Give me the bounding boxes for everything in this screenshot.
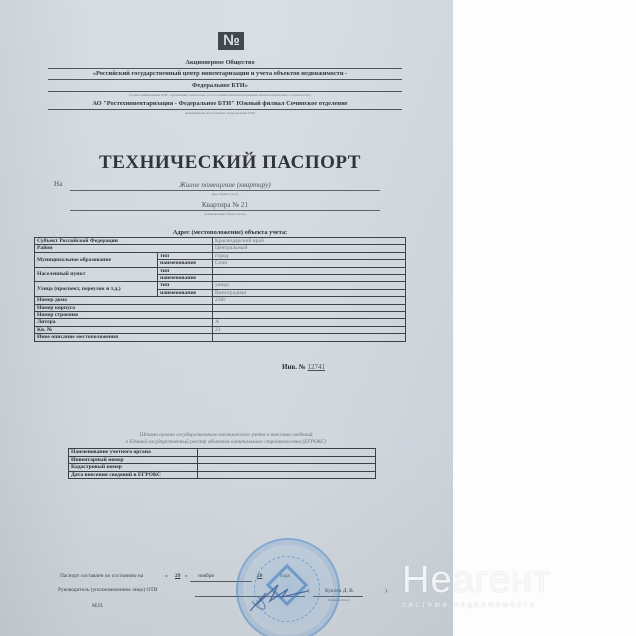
row-label: Кадастровый номер	[69, 464, 198, 472]
sub-label: наименование	[158, 275, 213, 282]
watermark-logo: Неагент система недвижимости	[402, 560, 622, 609]
table-row: Улица (проспект, переулок и т.д.) тип ул…	[35, 282, 406, 289]
row-value: Краснодарский край	[213, 238, 406, 245]
divider	[48, 79, 402, 80]
egroks-caption-line-1: Штамп органа государственного техническо…	[66, 432, 386, 439]
sub-label: тип	[158, 282, 213, 289]
egroks-table: Наименование учетного органа Инвентарный…	[68, 448, 376, 479]
table-row: Район Центральный	[35, 245, 406, 252]
egroks-caption: Штамп органа государственного техническо…	[66, 432, 386, 446]
table-row: Кв. № 21	[35, 326, 406, 333]
divider	[70, 210, 380, 211]
inventory-label: Инв. №	[282, 363, 306, 371]
row-label: Наименование учетного органа	[69, 449, 198, 457]
object-name-value: Квартира № 21	[70, 201, 380, 209]
address-table: Субъект Российской Федерации Краснодарск…	[34, 237, 406, 342]
org-line-4: АО "Ростехинвентаризация - Федеральное Б…	[40, 100, 400, 107]
object-name-caption: (наименование объекта учета)	[70, 212, 380, 216]
table-row: Инвентарный номер	[69, 456, 376, 464]
numero-mark: №	[218, 32, 244, 50]
row-value: Виноградная	[213, 289, 406, 296]
row-label: Инвентарный номер	[69, 456, 198, 464]
address-heading: Адрес (местоположение) объекта учета:	[100, 229, 360, 236]
sub-label: наименование	[158, 260, 213, 267]
signature-icon	[248, 575, 318, 615]
org-line-1: Акционерное Общество	[40, 59, 400, 66]
head-label: Руководитель (уполномоченное лицо) ОТИ	[58, 587, 158, 593]
table-row: Номер строения	[35, 312, 406, 319]
row-value: Сочи	[213, 260, 406, 267]
compiled-day: 29	[175, 573, 180, 579]
name-close-paren: )	[385, 588, 387, 594]
object-type-value: Жилое помещение (квартиру)	[70, 181, 380, 189]
row-label: Иное описание местоположения	[35, 334, 213, 341]
row-value: Центральный	[213, 245, 406, 252]
object-prefix: На	[54, 180, 62, 188]
divider	[48, 91, 402, 92]
row-value	[198, 471, 376, 479]
divider	[48, 109, 402, 110]
row-value	[213, 275, 406, 282]
watermark-tagline: система недвижимости	[402, 600, 622, 609]
table-row: Номер корпуса	[35, 304, 406, 311]
compiled-label: Паспорт составлен по состоянию на	[60, 573, 143, 579]
table-row: Кадастровый номер	[69, 464, 376, 472]
row-label: Улица (проспект, переулок и т.д.)	[35, 282, 158, 297]
row-label: Номер корпуса	[35, 304, 213, 311]
row-value	[213, 312, 406, 319]
row-label: Дата внесения сведений в ЕГРОКС	[69, 471, 198, 479]
row-value: улица	[213, 282, 406, 289]
table-row: Номер дома 238г	[35, 297, 406, 304]
row-value: город	[213, 252, 406, 259]
compiled-month: ноября	[198, 573, 214, 579]
org-caption-1: (полное наименование ОТИ - организации т…	[40, 93, 400, 97]
egroks-caption-line-2: в Единый государственный реестр объектов…	[66, 439, 386, 446]
org-line-3: Федеральное БТИ»	[40, 82, 400, 89]
row-value	[213, 334, 406, 341]
row-value	[198, 449, 376, 457]
row-label: Номер дома	[35, 297, 213, 304]
row-label: Субъект Российской Федерации	[35, 238, 213, 245]
row-label: Литера	[35, 319, 213, 326]
row-label: Муниципальное образование	[35, 252, 158, 267]
object-type-caption: (вид объекта учета)	[70, 192, 380, 196]
row-value	[213, 304, 406, 311]
inventory-value: 12741	[308, 363, 326, 371]
row-label: Кв. №	[35, 326, 213, 333]
date-open-quote: «	[165, 573, 168, 579]
row-value	[198, 464, 376, 472]
row-value	[198, 456, 376, 464]
sub-label: тип	[158, 267, 213, 274]
seal-place: М.П.	[92, 603, 103, 609]
row-label: Номер строения	[35, 312, 213, 319]
row-label: Район	[35, 245, 213, 252]
table-row: Наименование учетного органа	[69, 449, 376, 457]
divider	[70, 190, 380, 191]
table-row: Дата внесения сведений в ЕГРОКС	[69, 471, 376, 479]
row-value: А	[213, 319, 406, 326]
table-row: Населенный пункт тип	[35, 267, 406, 274]
sub-label: тип	[158, 252, 213, 259]
sub-label: наименование	[158, 289, 213, 296]
watermark-brand: Неагент	[402, 560, 622, 600]
table-row: Муниципальное образование тип город	[35, 252, 406, 259]
table-row: Литера А	[35, 319, 406, 326]
table-row: Иное описание местоположения	[35, 334, 406, 341]
page-title: ТЕХНИЧЕСКИЙ ПАСПОРТ	[60, 152, 400, 174]
divider	[48, 68, 402, 69]
table-row: Субъект Российской Федерации Краснодарск…	[35, 238, 406, 245]
date-close-quote: »	[185, 573, 188, 579]
org-line-2: «Российский государственный центр инвент…	[40, 70, 400, 77]
row-value	[213, 267, 406, 274]
inventory-number: Инв. № 12741	[282, 363, 325, 371]
row-value: 238г	[213, 297, 406, 304]
document-page: № Акционерное Общество «Российский госуд…	[0, 0, 453, 636]
org-caption-2: (наименование обособленного подразделени…	[40, 111, 400, 115]
row-value: 21	[213, 326, 406, 333]
row-label: Населенный пункт	[35, 267, 158, 282]
